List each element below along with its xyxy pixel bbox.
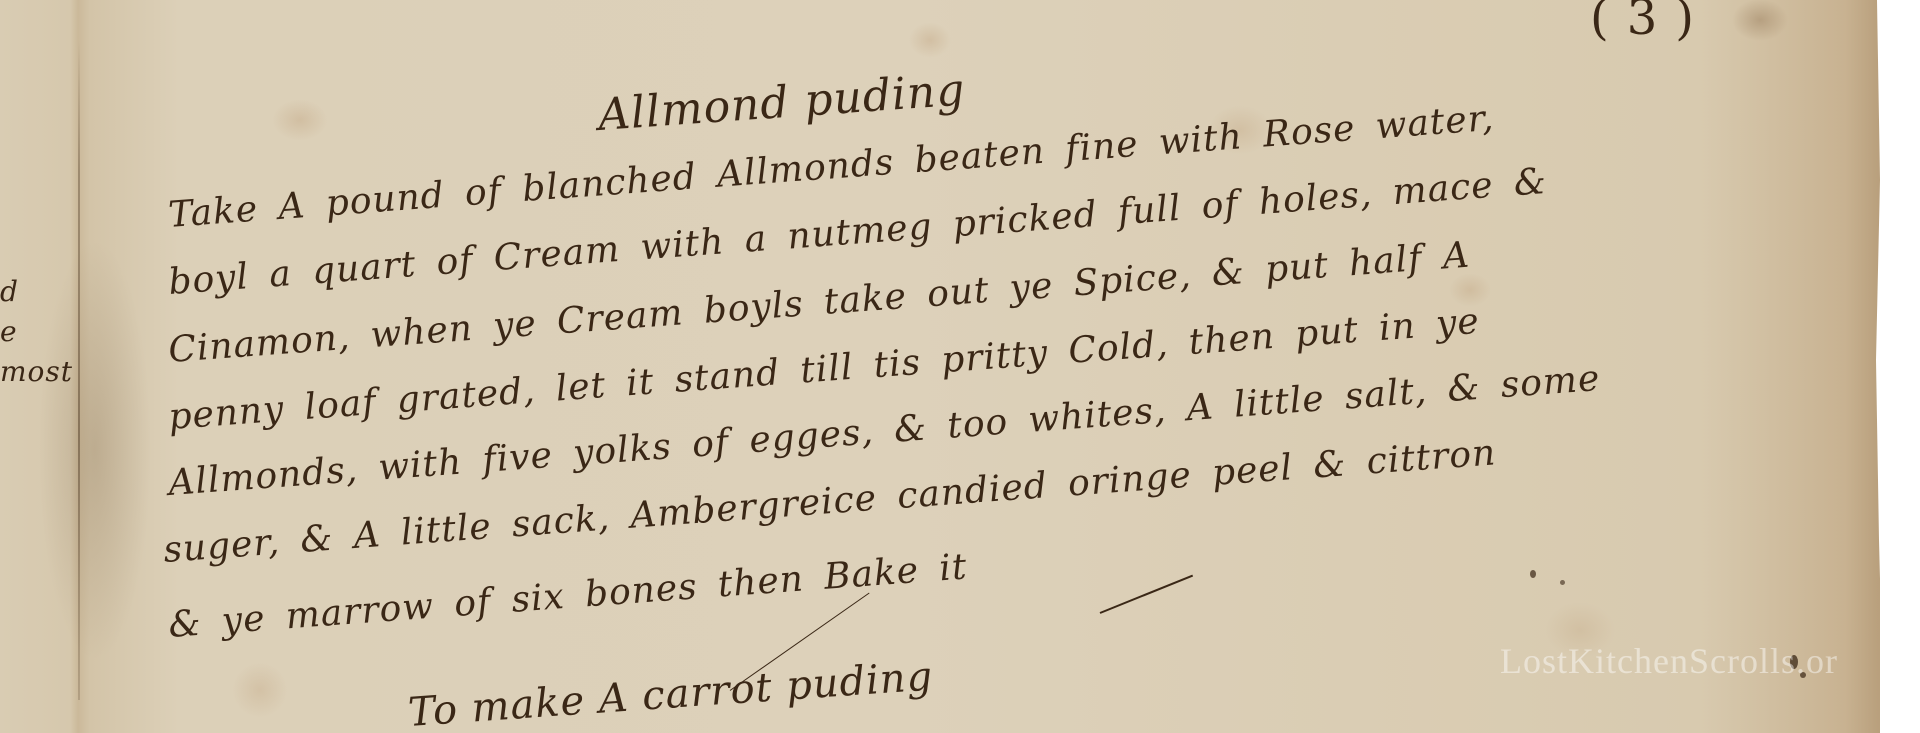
watermark: LostKitchenScrolls.or — [1500, 640, 1838, 682]
ink-blot — [1560, 580, 1565, 585]
manuscript-viewer: d e most (3) Allmond puding Take A pound… — [0, 0, 1920, 733]
manuscript-page: d e most (3) Allmond puding Take A pound… — [0, 0, 1880, 733]
margin-fragment: most — [0, 355, 73, 388]
margin-fragment: d — [0, 275, 19, 308]
ink-blot — [1530, 570, 1536, 578]
page-number: (3) — [1590, 0, 1712, 46]
binding-gutter — [78, 40, 80, 700]
recipe-title: Allmond puding — [596, 64, 967, 141]
end-flourish — [1100, 575, 1193, 614]
margin-fragment: e — [0, 315, 18, 348]
recipe-title: To make A carrot puding — [407, 653, 935, 733]
